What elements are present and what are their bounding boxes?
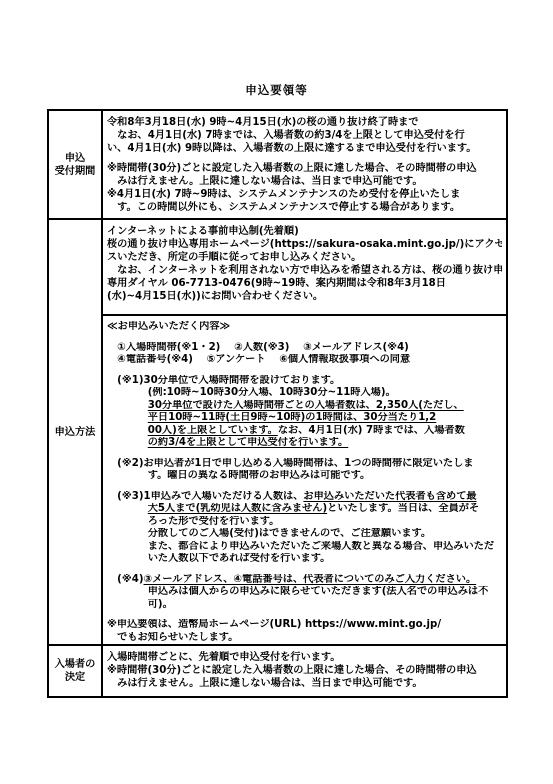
text-segment: みは行えません。上限に達しない場合は、当日まで申込可能です。 <box>107 176 423 187</box>
text-segment: 入場時間帯ごとに、先着順で申込受付を行います。 <box>107 652 341 663</box>
text-line: でもお知らせいたします。 <box>107 632 502 645</box>
row-label-period: 申込受付期間 <box>48 110 102 219</box>
text-line: なお、4月1日(水) 7時までは、入場者数の約3/4を上限として申込受付を行 <box>107 129 502 142</box>
text-segment: (※3)1申込みで入場いただける人数は、 <box>107 491 303 502</box>
row-label-decision: 入場者の決定 <box>48 645 102 697</box>
row-label-method: 申込方法 <box>48 219 102 645</box>
text-line <box>107 483 502 491</box>
document-page: 申込要領等 申込受付期間令和8年3月18日(水) 9時~4月15日(水)の桜の通… <box>0 0 553 784</box>
text-segment: なお、インターネットを利用されない方で申込みを希望される方は、桜の通り抜け申込 <box>107 265 502 276</box>
text-segment: の約3/4を上限として申込受付を行います。 <box>148 437 348 448</box>
text-line <box>107 155 502 162</box>
text-line <box>107 611 502 619</box>
text-segment: なお、4月1日(水) 7時までは、入場者数 <box>278 425 465 436</box>
text-segment: なお、4月1日(水) 7時までは、入場者数の約3/4を上限として申込受付を行 <box>107 130 465 141</box>
text-segment: 30分単位で設けた入場時間帯ごとの入場者数は、2,350人(ただし、 <box>148 400 464 411</box>
text-segment: ※時間帯(30分)ごとに設定した入場者数の上限に達した場合、その時間帯の申込 <box>107 163 477 174</box>
text-segment: 申込みは個人からの申込みに限らせていただきます(法人名での申込みは不 <box>107 586 488 597</box>
text-line: 専用ダイヤル 06-7713-0476(9時~19時、案内期間は令和8年3月18… <box>107 277 502 290</box>
text-line: 入場時間帯ごとに、先着順で申込受付を行います。 <box>107 651 502 664</box>
text-segment: 大5人まで(乳幼児は人数に含みません) <box>148 503 327 514</box>
text-segment <box>107 412 148 423</box>
text-line: また、都合により申込みいただいたご来場人数と異なる場合、申込みいただ <box>107 541 502 554</box>
text-line: (※4)③メールアドレス、④電話番号は、代表者についてのみご入力ください。 <box>107 574 502 587</box>
row-label-line: 申込 <box>50 152 100 165</box>
text-segment: お申込みいただいた代表者も含めて最 <box>303 491 476 502</box>
text-segment: また、都合により申込みいただいたご来場人数と異なる場合、申込みいただ <box>107 541 494 552</box>
text-segment: ※4月1日(水) 7時~9時は、システムメンテナンスのため受付を停止いたしま <box>107 189 460 200</box>
text-segment <box>107 425 148 436</box>
row-content-method-0: インターネットによる事前申込制(先着順)桜の通り抜け申込専用ホームページ(htt… <box>102 219 507 315</box>
row-content-decision: 入場時間帯ごとに、先着順で申込受付を行います。※時間帯(30分)ごとに設定した入… <box>102 645 507 697</box>
text-line: ※時間帯(30分)ごとに設定した入場者数の上限に達した場合、その時間帯の申込 <box>107 664 502 677</box>
text-segment: といたします。当日は、全員がそ <box>327 503 479 514</box>
text-line <box>107 367 502 375</box>
text-line: (例:10時~10時30分入場、10時30分~11時入場)。 <box>107 387 502 400</box>
text-line: 00人)を上限としています。なお、4月1日(水) 7時までは、入場者数 <box>107 425 502 438</box>
text-line: 可)。 <box>107 599 502 612</box>
text-line: みは行えません。上限に達しない場合は、当日まで申込可能です。 <box>107 677 502 690</box>
text-segment: 可)。 <box>107 599 173 610</box>
text-segment: 平日10時~11時(土日9時~10時)の1時間は、30分当たり1,2 <box>148 412 437 423</box>
text-line: スいただき、所定の手順に従ってお申し込みください。 <box>107 251 502 264</box>
text-segment: みは行えません。上限に達しない場合は、当日まで申込可能です。 <box>107 678 423 689</box>
text-segment: (※2)お申込者が1日で申し込める入場時間帯は、1つの時間帯に限定いたしま <box>107 458 473 469</box>
text-segment: 00人)を上限としています。 <box>148 425 278 436</box>
text-line: ※時間帯(30分)ごとに設定した入場者数の上限に達した場合、その時間帯の申込 <box>107 162 502 175</box>
text-line: 大5人まで(乳幼児は人数に含みません)といたします。当日は、全員がそ <box>107 503 502 516</box>
row-label-line: 決定 <box>50 671 100 684</box>
text-line: ろった形で受付を行います。 <box>107 516 502 529</box>
application-guidelines-table: 申込受付期間令和8年3月18日(水) 9時~4月15日(水)の桜の通り抜け終了時… <box>47 109 508 698</box>
text-line: ※4月1日(水) 7時~9時は、システムメンテナンスのため受付を停止いたしま <box>107 188 502 201</box>
text-line: (水)~4月15日(水))にお問い合わせください。 <box>107 290 502 303</box>
page-title: 申込要領等 <box>0 84 553 97</box>
row-label-line: 申込方法 <box>50 426 100 439</box>
text-segment: (※4) <box>107 574 144 585</box>
text-segment: ③メールアドレス、④電話番号は、代表者についてのみご入力ください。 <box>144 574 477 585</box>
text-segment: (例:10時~10時30分入場、10時30分~11時入場)。 <box>107 387 396 398</box>
text-line: (※1)30分単位で入場時間帯を設けております。 <box>107 375 502 388</box>
text-segment: ④電話番号(※4) ⑤アンケート ⑥個人情報取扱事項への同意 <box>107 354 410 365</box>
text-line: ≪お申込みいただく内容≫ <box>107 321 502 334</box>
text-line: 令和8年3月18日(水) 9時~4月15日(水)の桜の通り抜け終了時まで <box>107 116 502 129</box>
text-segment: (※1)30分単位で入場時間帯を設けております。 <box>107 375 340 386</box>
text-segment: でもお知らせいたします。 <box>107 632 238 643</box>
table-row-period: 申込受付期間令和8年3月18日(水) 9時~4月15日(水)の桜の通り抜け終了時… <box>48 110 507 219</box>
text-line <box>107 334 502 342</box>
text-segment: いた人数以下であれば受付を行います。 <box>107 553 330 564</box>
text-line: いた人数以下であれば受付を行います。 <box>107 553 502 566</box>
text-line: 平日10時~11時(土日9時~10時)の1時間は、30分当たり1,2 <box>107 412 502 425</box>
text-segment: ①入場時間帯(※1・2) ②人数(※3) ③メールアドレス(※4) <box>107 342 409 353</box>
text-segment: ろった形で受付を行います。 <box>107 516 279 527</box>
table-body: 申込受付期間令和8年3月18日(水) 9時~4月15日(水)の桜の通り抜け終了時… <box>48 110 507 697</box>
text-segment: スいただき、所定の手順に従ってお申し込みください。 <box>107 252 361 263</box>
text-line: ④電話番号(※4) ⑤アンケート ⑥個人情報取扱事項への同意 <box>107 354 502 367</box>
text-line: ①入場時間帯(※1・2) ②人数(※3) ③メールアドレス(※4) <box>107 342 502 355</box>
text-segment: す。曜日の異なる時間帯のお申込みは可能です。 <box>107 470 370 481</box>
text-line: (※2)お申込者が1日で申し込める入場時間帯は、1つの時間帯に限定いたしま <box>107 458 502 471</box>
text-segment: す。この時間以外にも、システムメンテナンスで停止する場合があります。 <box>107 202 460 213</box>
text-segment: ※申込要領は、造幣局ホームページ(URL) https://www.mint.g… <box>107 619 441 630</box>
text-segment: い、4月1日(水) 9時以降は、入場者数の上限に達するまで申込受付を行います。 <box>107 143 477 154</box>
text-segment: ≪お申込みいただく内容≫ <box>107 321 230 332</box>
text-segment <box>107 437 148 448</box>
text-line: 30分単位で設けた入場時間帯ごとの入場者数は、2,350人(ただし、 <box>107 400 502 413</box>
text-segment: 令和8年3月18日(水) 9時~4月15日(水)の桜の通り抜け終了時まで <box>107 117 419 128</box>
text-line: す。この時間以外にも、システムメンテナンスで停止する場合があります。 <box>107 201 502 214</box>
row-content-period: 令和8年3月18日(水) 9時~4月15日(水)の桜の通り抜け終了時まで なお、… <box>102 110 507 219</box>
text-line <box>107 450 502 458</box>
text-line: い、4月1日(水) 9時以降は、入場者数の上限に達するまで申込受付を行います。 <box>107 142 502 155</box>
text-segment: インターネットによる事前申込制(先着順) <box>107 226 299 237</box>
text-segment <box>107 400 148 411</box>
text-line: す。曜日の異なる時間帯のお申込みは可能です。 <box>107 470 502 483</box>
text-line: 分散してのご入場(受付)はできませんので、ご注意願います。 <box>107 528 502 541</box>
text-line: (※3)1申込みで入場いただける人数は、お申込みいただいた代表者も含めて最 <box>107 491 502 504</box>
text-segment: 専用ダイヤル 06-7713-0476(9時~19時、案内期間は令和8年3月18… <box>107 278 446 289</box>
text-segment: 桜の通り抜け申込専用ホームページ(https://sakura-osaka.mi… <box>107 239 502 250</box>
text-line <box>107 566 502 574</box>
text-segment: 分散してのご入場(受付)はできませんので、ご注意願います。 <box>107 528 431 539</box>
row-label-line: 受付期間 <box>50 165 100 178</box>
row-content-method-1: ≪お申込みいただく内容≫ ①入場時間帯(※1・2) ②人数(※3) ③メールアド… <box>102 315 507 645</box>
text-segment <box>107 503 148 514</box>
text-line: みは行えません。上限に達しない場合は、当日まで申込可能です。 <box>107 175 502 188</box>
text-line: インターネットによる事前申込制(先着順) <box>107 225 502 238</box>
table-row-method-0: 申込方法インターネットによる事前申込制(先着順)桜の通り抜け申込専用ホームページ… <box>48 219 507 315</box>
row-label-line: 入場者の <box>50 658 100 671</box>
text-segment: ※時間帯(30分)ごとに設定した入場者数の上限に達した場合、その時間帯の申込 <box>107 665 477 676</box>
text-line: なお、インターネットを利用されない方で申込みを希望される方は、桜の通り抜け申込 <box>107 264 502 277</box>
text-line: 桜の通り抜け申込専用ホームページ(https://sakura-osaka.mi… <box>107 238 502 251</box>
text-line: の約3/4を上限として申込受付を行います。 <box>107 437 502 450</box>
table-row-method-1: ≪お申込みいただく内容≫ ①入場時間帯(※1・2) ②人数(※3) ③メールアド… <box>48 315 507 645</box>
text-line: ※申込要領は、造幣局ホームページ(URL) https://www.mint.g… <box>107 619 502 632</box>
text-segment: (水)~4月15日(水))にお問い合わせください。 <box>107 291 323 302</box>
table-row-decision: 入場者の決定入場時間帯ごとに、先着順で申込受付を行います。※時間帯(30分)ごと… <box>48 645 507 697</box>
text-line: 申込みは個人からの申込みに限らせていただきます(法人名での申込みは不 <box>107 586 502 599</box>
